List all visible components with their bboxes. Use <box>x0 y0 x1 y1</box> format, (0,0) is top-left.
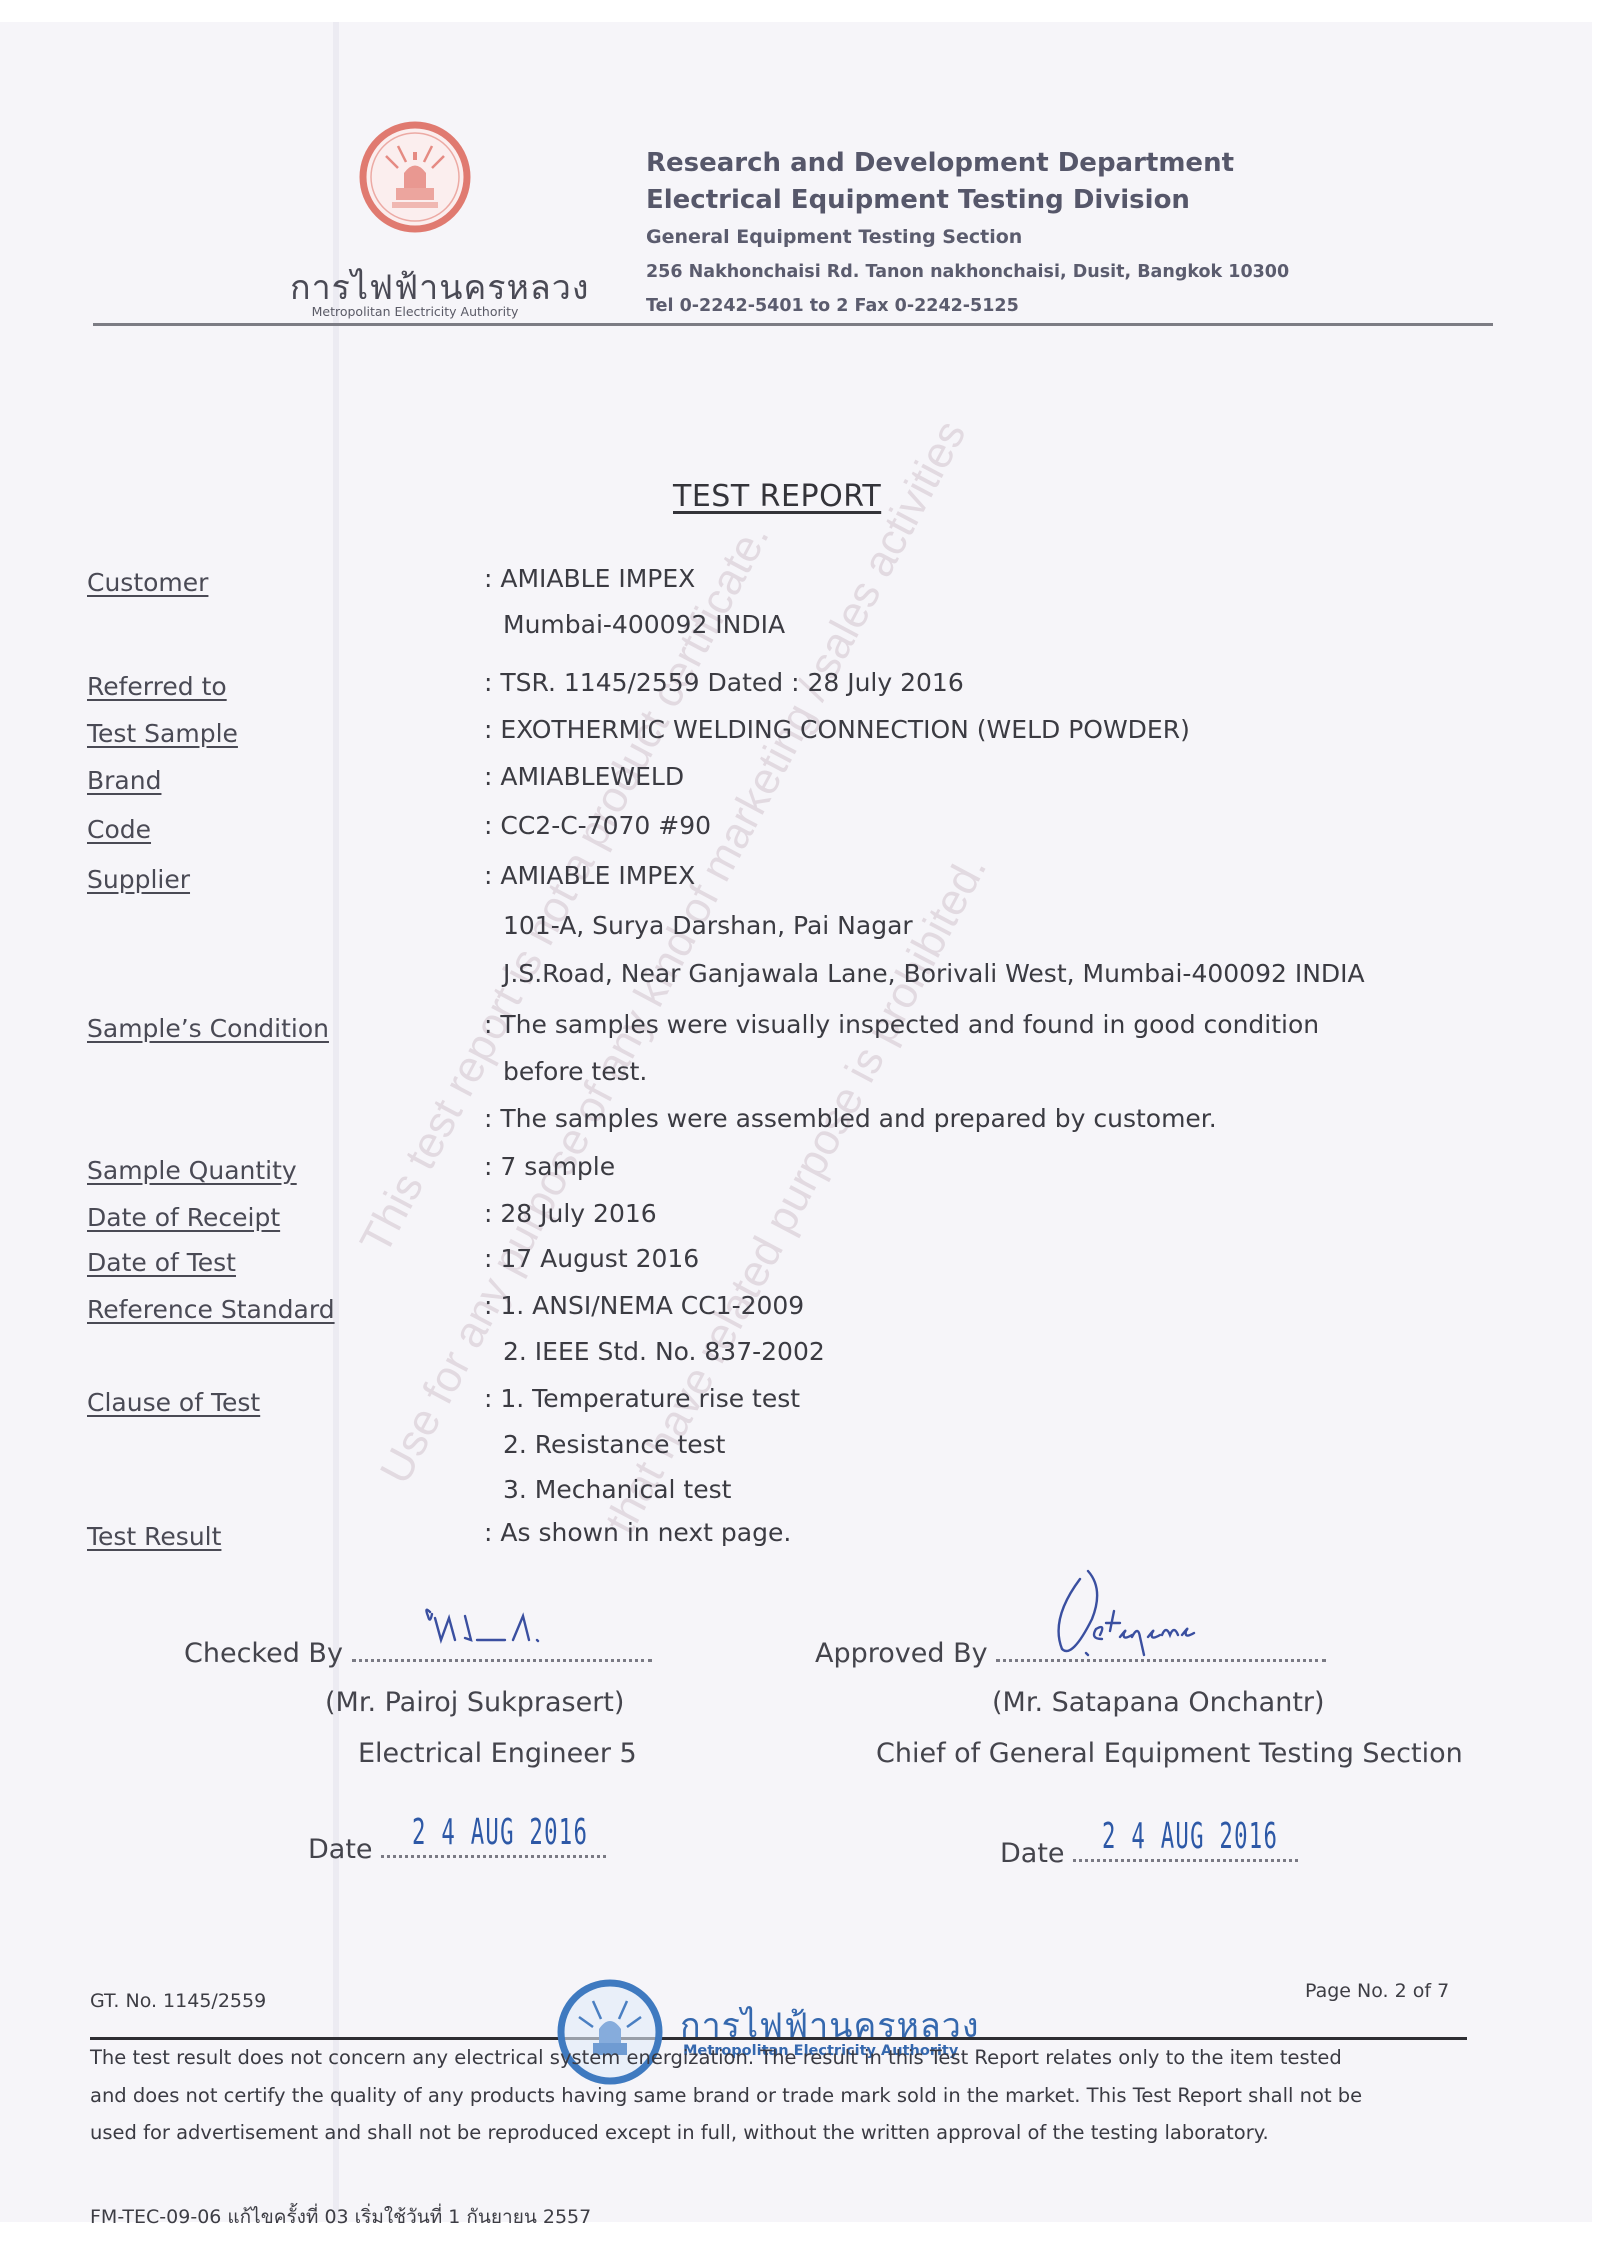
disclaimer-line-3: used for advertisement and shall not be … <box>90 2121 1490 2144</box>
field-value: 3. Mechanical test <box>503 1475 731 1504</box>
field-value: : 28 July 2016 <box>484 1199 657 1228</box>
field-value: : The samples were visually inspected an… <box>484 1010 1319 1039</box>
field-value: : The samples were assembled and prepare… <box>484 1104 1217 1133</box>
field-label: Code <box>87 815 151 844</box>
field-label: Sample’s Condition <box>87 1014 329 1043</box>
field-value: : As shown in next page. <box>484 1518 791 1547</box>
disclaimer-line-2: and does not certify the quality of any … <box>90 2084 1490 2107</box>
field-value: 2. IEEE Std. No. 837-2002 <box>503 1337 825 1366</box>
division-name: Electrical Equipment Testing Division <box>646 185 1190 215</box>
field-label: Sample Quantity <box>87 1156 297 1185</box>
report-title: TEST REPORT <box>673 479 881 514</box>
checked-by-position: Electrical Engineer 5 <box>358 1738 637 1769</box>
department-name: Research and Development Department <box>646 148 1234 178</box>
gt-number: GT. No. 1145/2559 <box>90 1990 266 2012</box>
field-label: Supplier <box>87 865 190 894</box>
checked-by-label: Checked By <box>184 1638 343 1669</box>
mea-emblem-icon <box>356 118 474 236</box>
field-label: Test Result <box>87 1522 221 1551</box>
field-value: : 1. Temperature rise test <box>484 1384 800 1413</box>
field-value: : 7 sample <box>484 1152 615 1181</box>
approved-by-name: (Mr. Satapana Onchantr) <box>992 1687 1325 1718</box>
checked-date-label: Date <box>308 1834 373 1865</box>
field-label: Reference Standard <box>87 1295 335 1324</box>
checked-by-name: (Mr. Pairoj Sukprasert) <box>325 1687 624 1718</box>
org-name-english: Metropolitan Electricity Authority <box>290 304 540 319</box>
field-value: Mumbai-400092 INDIA <box>503 610 785 639</box>
checked-date-line <box>381 1855 606 1858</box>
header-divider <box>93 323 1493 326</box>
field-value: : AMIABLE IMPEX <box>484 564 695 593</box>
approved-by-position: Chief of General Equipment Testing Secti… <box>876 1738 1463 1769</box>
document-page: การไฟฟ้านครหลวง Metropolitan Electricity… <box>0 22 1592 2222</box>
section-name: General Equipment Testing Section <box>646 226 1022 248</box>
approved-date-line <box>1073 1859 1298 1862</box>
field-value: : CC2-C-7070 #90 <box>484 811 711 840</box>
address: 256 Nakhonchaisi Rd. Tanon nakhonchaisi,… <box>646 262 1289 282</box>
field-value: : EXOTHERMIC WELDING CONNECTION (WELD PO… <box>484 715 1190 744</box>
field-label: Date of Receipt <box>87 1203 280 1232</box>
approved-date-label: Date <box>1000 1838 1065 1869</box>
checked-signature <box>415 1600 585 1660</box>
approved-signature <box>1040 1567 1240 1667</box>
field-value: : 17 August 2016 <box>484 1244 699 1273</box>
scan-fold-line <box>333 22 339 2222</box>
checked-date-stamp: 2 4 AUG 2016 <box>412 1812 588 1853</box>
page-number: Page No. 2 of 7 <box>1305 1980 1449 2002</box>
field-value: : TSR. 1145/2559 Dated : 28 July 2016 <box>484 668 964 697</box>
field-label: Test Sample <box>87 719 238 748</box>
field-label: Brand <box>87 766 161 795</box>
field-label: Date of Test <box>87 1248 236 1277</box>
approved-date-stamp: 2 4 AUG 2016 <box>1102 1816 1278 1857</box>
field-value: : AMIABLE IMPEX <box>484 861 695 890</box>
contact-info: Tel 0-2242-5401 to 2 Fax 0-2242-5125 <box>646 296 1019 316</box>
field-value: 101-A, Surya Darshan, Pai Nagar <box>503 911 913 940</box>
field-value: J.S.Road, Near Ganjawala Lane, Borivali … <box>503 959 1365 988</box>
field-value: before test. <box>503 1057 647 1086</box>
field-value: : 1. ANSI/NEMA CC1-2009 <box>484 1291 804 1320</box>
approved-by-label: Approved By <box>815 1638 988 1669</box>
field-label: Customer <box>87 568 208 597</box>
field-value: : AMIABLEWELD <box>484 762 684 791</box>
mea-stamp-emblem-icon <box>555 1977 665 2087</box>
form-code: FM-TEC-09-06 แก้ไขครั้งที่ 03 เริ่มใช้วั… <box>90 2202 591 2232</box>
field-value: 2. Resistance test <box>503 1430 725 1459</box>
disclaimer-line-1: The test result does not concern any ele… <box>90 2046 1490 2069</box>
field-label: Referred to <box>87 672 227 701</box>
field-label: Clause of Test <box>87 1388 260 1417</box>
